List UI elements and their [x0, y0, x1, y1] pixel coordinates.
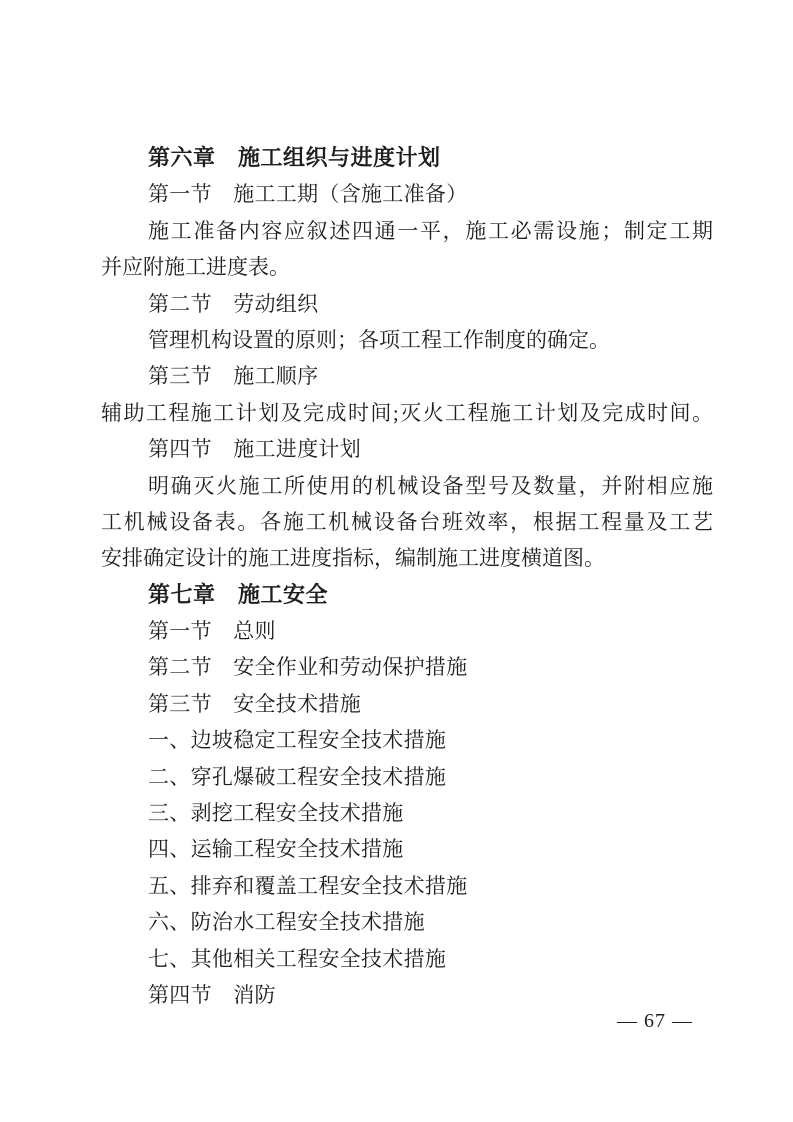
- document-page: 第六章 施工组织与进度计划 第一节 施工工期（含施工准备） 施工准备内容应叙述四…: [0, 0, 793, 1122]
- list-item: 三、剥挖工程安全技术措施: [101, 795, 713, 831]
- section-heading: 第三节 施工顺序: [101, 358, 713, 394]
- body-line: 辅助工程施工计划及完成时间;灭火工程施工计划及完成时间。: [101, 395, 713, 431]
- list-item: 五、排弃和覆盖工程安全技术措施: [101, 868, 713, 904]
- chapter-heading: 第七章 施工安全: [101, 577, 713, 613]
- list-item: 一、边坡稳定工程安全技术措施: [101, 722, 713, 758]
- body-line: 管理机构设置的原则；各项工程工作制度的确定。: [101, 322, 713, 358]
- list-item: 七、其他相关工程安全技术措施: [101, 941, 713, 977]
- document-body: 第六章 施工组织与进度计划 第一节 施工工期（含施工准备） 施工准备内容应叙述四…: [101, 140, 713, 1013]
- list-item: 四、运输工程安全技术措施: [101, 831, 713, 867]
- body-line: 施工准备内容应叙述四通一平，施工必需设施；制定工期: [101, 213, 713, 249]
- list-item: 六、防治水工程安全技术措施: [101, 904, 713, 940]
- body-line: 并应附施工进度表。: [101, 249, 713, 285]
- chapter-heading: 第六章 施工组织与进度计划: [101, 140, 713, 176]
- page-number: — 67 —: [617, 1003, 693, 1039]
- section-heading: 第一节 施工工期（含施工准备）: [101, 176, 713, 212]
- section-heading: 第一节 总则: [101, 613, 713, 649]
- section-heading: 第四节 施工进度计划: [101, 431, 713, 467]
- list-item: 二、穿孔爆破工程安全技术措施: [101, 759, 713, 795]
- body-line: 安排确定设计的施工进度指标，编制施工进度横道图。: [101, 540, 713, 576]
- body-line: 工机械设备表。各施工机械设备台班效率，根据工程量及工艺: [101, 504, 713, 540]
- section-heading: 第三节 安全技术措施: [101, 686, 713, 722]
- section-heading: 第二节 安全作业和劳动保护措施: [101, 649, 713, 685]
- section-heading: 第二节 劳动组织: [101, 286, 713, 322]
- body-line: 明确灭火施工所使用的机械设备型号及数量，并附相应施: [101, 468, 713, 504]
